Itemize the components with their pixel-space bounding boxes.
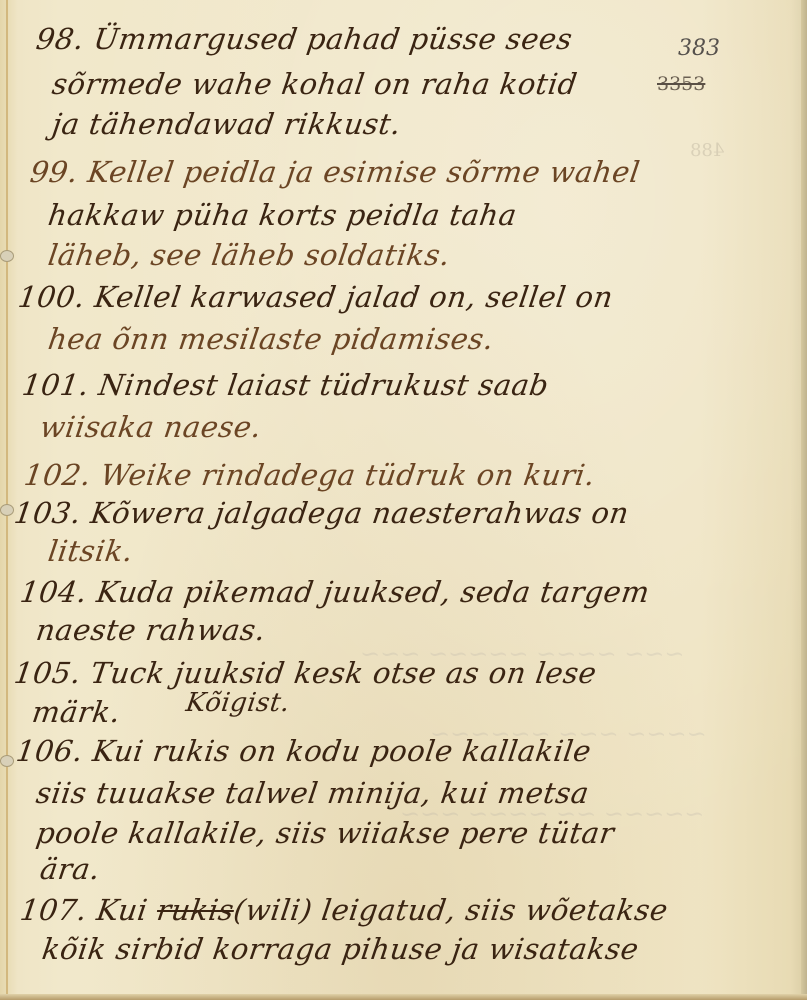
entry-104-line-1: 104.Kuda pikemad juuksed, seda targem <box>18 575 652 609</box>
entry-number: 100. <box>16 280 87 314</box>
entry-107-line-1: 107.Kui rukis(wili) leigatud, siis wõeta… <box>18 893 670 927</box>
entry-101-line-1: 101.Nindest laiast tüdrukust saab <box>20 368 551 402</box>
entries-list: 98.Ümmargused pahad püsse sees sõrmede w… <box>0 0 807 1000</box>
entry-106-line-1: 106.Kui rukis on kodu poole kallakile <box>14 734 594 768</box>
entry-98-line-1: 98.Ümmargused pahad püsse sees <box>34 22 575 56</box>
entry-number: 104. <box>18 575 89 609</box>
entry-number: 102. <box>22 458 93 492</box>
manuscript-page: ~~~ ~~~~ ~~~~~ ~~~ ~~~~ ~~~ ~~~~~~ ~~~~~… <box>0 0 807 1000</box>
entry-number: 107. <box>18 893 89 927</box>
entry-105-line-1: 105.Tuck juuksid kesk otse as on lese <box>12 656 599 690</box>
entry-98-line-2: sõrmede wahe kohal on raha kotid <box>50 67 579 101</box>
entry-103-line-2: litsik. <box>46 534 135 568</box>
entry-number: 106. <box>14 734 85 768</box>
entry-104-line-2: naeste rahwas. <box>34 613 268 647</box>
entry-number: 105. <box>12 656 83 690</box>
entry-105-line-2: märk. <box>30 695 123 729</box>
entry-106-line-2: siis tuuakse talwel minija, kui metsa <box>34 776 591 810</box>
entry-106-line-3: poole kallakile, siis wiiakse pere tütar <box>34 816 616 850</box>
entry-107-line-2: kõik sirbid korraga pihuse ja wisatakse <box>40 932 641 966</box>
struck-word: rukis <box>155 893 237 927</box>
entry-99-line-2: hakkaw püha korts peidla taha <box>46 198 519 232</box>
entry-106-line-4: ära. <box>38 852 102 886</box>
entry-99-line-3: läheb, see läheb soldatiks. <box>46 238 452 272</box>
entry-98-line-3: ja tähendawad rikkust. <box>50 107 403 141</box>
entry-100-line-1: 100.Kellel karwased jalad on, sellel on <box>16 280 615 314</box>
entry-100-line-2: hea õnn mesilaste pidamises. <box>46 322 496 356</box>
entry-101-line-2: wiisaka naese. <box>38 410 264 444</box>
entry-number: 103. <box>12 496 83 530</box>
entry-number: 98. <box>34 22 86 56</box>
entry-102-line-1: 102.Weike rindadega tüdruk on kuri. <box>22 458 597 492</box>
entry-105-annotation: Kõigist. <box>184 688 292 718</box>
entry-number: 101. <box>20 368 91 402</box>
entry-number: 99. <box>28 155 80 189</box>
entry-103-line-1: 103.Kõwera jalgadega naesterahwas on <box>12 496 631 530</box>
entry-99-line-1: 99.Kellel peidla ja esimise sõrme wahel <box>28 155 642 189</box>
